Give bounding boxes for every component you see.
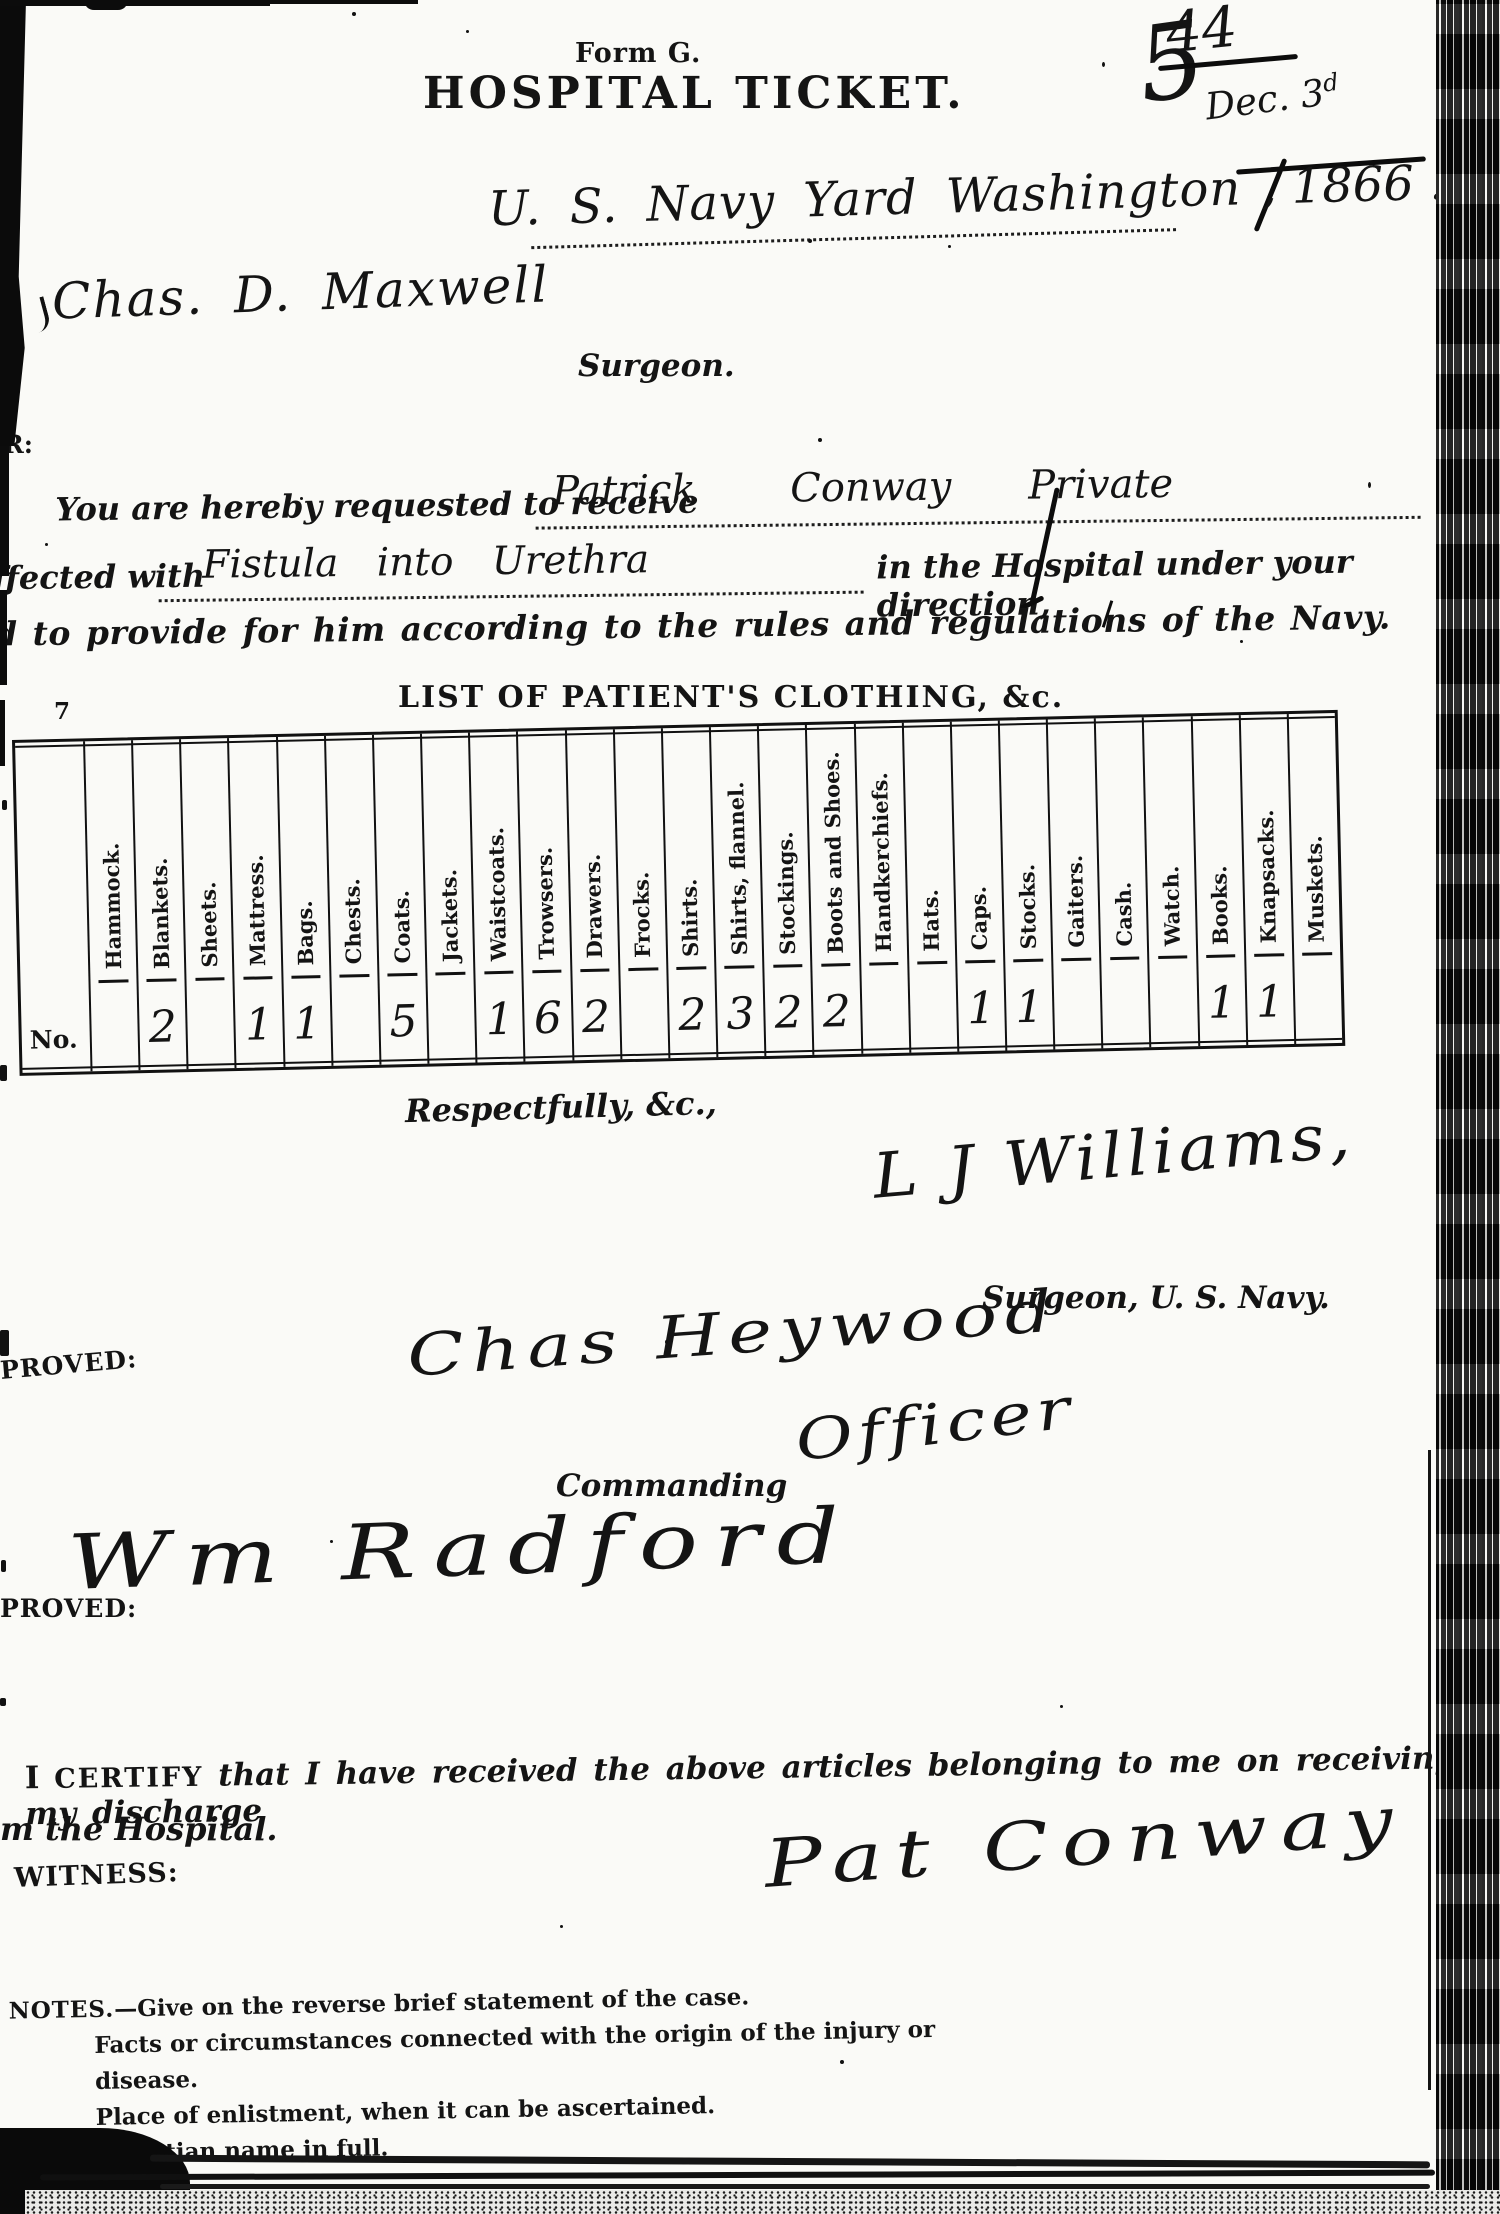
header-underline: [725, 965, 755, 969]
column-label: Trowsers.: [532, 847, 560, 960]
surgeon-signature: L J Williams,: [870, 1098, 1357, 1213]
clothing-column: Bags.1: [276, 736, 332, 1067]
clothing-column: Frocks.: [613, 728, 669, 1059]
header-underline: [628, 967, 658, 971]
ink-speck: [840, 2060, 844, 2064]
addressee-name: Chas. D. Maxwell: [51, 255, 550, 330]
ink-speck: [45, 543, 48, 546]
column-value: 1: [957, 965, 1005, 1052]
ink-speck: [300, 497, 303, 500]
header-underline: [869, 962, 899, 966]
header-underline: [1254, 953, 1284, 957]
cutoff-to-mark: [26, 296, 52, 334]
header-underline: [917, 961, 947, 965]
column-value: [91, 984, 139, 1071]
dotted-rule: [159, 591, 864, 603]
column-label: Waistcoats.: [483, 827, 511, 962]
column-header: Chests.: [326, 735, 378, 975]
clothing-column: Books.1: [1190, 715, 1246, 1046]
officer-handwritten-title: Officer: [792, 1376, 1079, 1475]
clothing-columns: No. Hammock.Blankets.2Sheets.Mattress.1B…: [15, 713, 1342, 1073]
column-value: [1053, 962, 1101, 1049]
column-label: Drawers.: [580, 854, 607, 959]
clothing-column: Caps.1: [950, 721, 1006, 1052]
header-underline: [1302, 952, 1332, 956]
column-value: 1: [1198, 959, 1246, 1046]
column-header: Books.: [1192, 715, 1244, 955]
column-value: 2: [668, 971, 716, 1058]
column-header: Frocks.: [615, 728, 667, 968]
header-underline: [195, 977, 225, 981]
header-underline: [532, 970, 562, 974]
header-underline: [388, 973, 418, 977]
clothing-column: Hats.: [901, 722, 957, 1053]
ink-speck: [808, 239, 812, 243]
column-label: Hats.: [918, 889, 944, 952]
header-underline: [1062, 958, 1092, 962]
scan-edge-shadow: [0, 700, 5, 766]
column-header: Hammock.: [85, 740, 137, 980]
column-header: Waistcoats.: [470, 732, 522, 972]
header-underline: [340, 974, 370, 978]
clothing-column: Mattress.1: [227, 737, 283, 1068]
column-header: Boots and Shoes.: [807, 724, 859, 964]
handwritten-date: Dec. 3d: [1203, 68, 1342, 128]
scanned-hospital-ticket: Form G. HOSPITAL TICKET. 44 5 Dec. 3d U.…: [0, 0, 1500, 2214]
column-header: Bags.: [278, 736, 330, 976]
column-label: Stocks.: [1014, 863, 1041, 949]
ink-speck: [948, 245, 951, 248]
column-header: Stockings.: [759, 725, 811, 965]
clothing-column: Drawers.2: [564, 729, 620, 1060]
column-header: Handkerchiefs.: [855, 723, 907, 963]
date-text: Dec. 3: [1203, 71, 1327, 128]
header-underline: [1014, 959, 1044, 963]
column-header: Stocks.: [1000, 720, 1052, 960]
binding-crease-line: [1428, 1450, 1431, 2090]
dateline: U. S. Navy Yard Washington, 1866 .: [487, 155, 1445, 238]
column-label: Mattress.: [243, 855, 271, 967]
ink-speck: [0, 1330, 9, 1356]
column-label: Handkerchiefs.: [867, 772, 896, 952]
clothing-column: Sheets.: [179, 738, 235, 1069]
column-header: Trowsers.: [518, 730, 570, 970]
column-value: 1: [1246, 958, 1294, 1045]
clothing-column: Coats.5: [372, 734, 428, 1065]
column-label: Stockings.: [772, 831, 800, 955]
ink-speck: [1368, 482, 1371, 488]
column-value: 2: [139, 983, 187, 1070]
provide-line-fragment: d to provide for him according to the ru…: [0, 597, 1391, 653]
column-label: Sheets.: [195, 881, 222, 968]
column-header: Sheets.: [181, 738, 233, 978]
notes-label: NOTES.: [8, 1996, 114, 2025]
column-header: Drawers.: [566, 729, 618, 969]
clothing-column: Cash.: [1094, 717, 1150, 1048]
column-header: Coats.: [374, 734, 426, 974]
column-header: Gaiters.: [1048, 718, 1100, 958]
header-underline: [580, 968, 610, 972]
column-label: Gaiters.: [1062, 855, 1089, 948]
page-title: HOSPITAL TICKET.: [423, 68, 966, 119]
addressee-title: Surgeon.: [578, 348, 735, 384]
ink-speck: [1102, 62, 1105, 67]
column-value: [1150, 960, 1198, 1047]
column-header: Jackets.: [422, 733, 474, 973]
column-label: Shirts.: [677, 878, 704, 957]
ink-speck: [1240, 640, 1243, 643]
patient-rank: Private: [1028, 461, 1174, 509]
column-value: [861, 967, 909, 1054]
form-label: Form G.: [575, 38, 701, 69]
table-stub-cell: No.: [15, 741, 90, 1072]
stray-digit-mark: 7: [54, 698, 70, 725]
column-label: Jackets.: [436, 869, 463, 963]
certify-pronoun: I: [25, 1760, 40, 1796]
patient-surname: Conway: [790, 464, 952, 512]
date-suffix: d: [1321, 68, 1340, 98]
column-header: Shirts, flannel.: [711, 726, 763, 966]
clothing-column: Shirts, flannel.3: [709, 726, 765, 1057]
request-line: You are hereby requested to receive Patr…: [0, 465, 1500, 483]
clothing-column: Gaiters.: [1046, 718, 1102, 1049]
column-value: 2: [813, 968, 861, 1055]
header-underline: [821, 963, 851, 967]
witness-label: WITNESS:: [14, 1857, 180, 1894]
scan-edge-shadow: [0, 446, 9, 576]
approved-label-1: PROVED:: [0, 1344, 138, 1385]
ink-blot: [84, 0, 128, 10]
book-binding-edge: [1436, 0, 1500, 2214]
column-value: [428, 977, 476, 1064]
column-label: Knapsacks.: [1253, 810, 1281, 944]
clothing-column: Handkerchiefs.: [853, 723, 909, 1054]
clothing-column: Stockings.2: [757, 725, 813, 1056]
diagnosis-text: Fistula into Urethra: [202, 537, 649, 587]
column-value: [1102, 961, 1150, 1048]
header-underline: [1158, 955, 1188, 959]
ink-speck: [1060, 1705, 1063, 1708]
header-underline: [773, 964, 803, 968]
clothing-column: Shirts.2: [661, 727, 717, 1058]
clothing-column: Jackets.: [420, 733, 476, 1064]
respectfully-text: Respectfully, &c.,: [405, 1084, 718, 1130]
clothing-table: No. Hammock.Blankets.2Sheets.Mattress.1B…: [12, 710, 1345, 1076]
column-header: Knapsacks.: [1241, 714, 1293, 954]
column-label: Books.: [1206, 865, 1233, 945]
commanding-officer-signature: Chas Heywood: [405, 1276, 1062, 1389]
ink-speck: [665, 1340, 668, 1344]
column-value: [620, 972, 668, 1059]
column-label: Frocks.: [628, 871, 655, 958]
scan-edge-shadow: [0, 0, 270, 6]
page-edge-line: [160, 2184, 1430, 2189]
certification-line-2-fragment: m the Hospital.: [0, 1810, 277, 1848]
column-label: Watch.: [1158, 865, 1185, 946]
clothing-column: Hammock.: [83, 740, 139, 1071]
column-value: [187, 982, 235, 1069]
column-header: Hats.: [903, 722, 955, 962]
clothing-column: Watch.: [1142, 716, 1198, 1047]
clothing-column: Trowsers.6: [516, 730, 572, 1061]
column-value: 6: [524, 974, 572, 1061]
column-label: Cash.: [1110, 882, 1136, 947]
column-value: 2: [765, 969, 813, 1056]
affected-prefix-fragment: ffected with: [0, 557, 205, 598]
column-label: Chests.: [340, 878, 367, 965]
column-value: 1: [476, 975, 524, 1062]
ink-speck: [818, 438, 822, 442]
ink-speck: [1, 1560, 6, 1572]
page-edge-line: [40, 2170, 1435, 2181]
column-value: [909, 966, 957, 1053]
column-header: Mattress.: [229, 737, 281, 977]
column-label: Muskets.: [1302, 835, 1329, 943]
column-header: Caps.: [952, 721, 1004, 961]
header-underline: [1110, 956, 1140, 960]
header-underline: [436, 972, 466, 976]
clothing-column: Blankets.2: [131, 739, 187, 1070]
column-header: Cash.: [1096, 717, 1148, 957]
dateline-place: U. S. Navy Yard Washington: [487, 160, 1242, 237]
column-label: Boots and Shoes.: [818, 751, 848, 954]
column-label: Blankets.: [146, 857, 174, 969]
scan-edge-shadow: [268, 0, 418, 4]
column-value: [1294, 957, 1342, 1044]
header-underline: [243, 976, 273, 980]
ink-speck: [466, 30, 469, 33]
header-underline: [291, 975, 321, 979]
certify-word: CERTIFY: [54, 1762, 204, 1795]
column-label: Caps.: [966, 886, 992, 951]
ink-speck: [560, 1925, 563, 1928]
clothing-column: Stocks.1: [998, 720, 1054, 1051]
column-header: Shirts.: [663, 727, 715, 967]
header-underline: [1206, 954, 1236, 958]
header-underline: [484, 971, 514, 975]
ink-speck: [0, 1698, 6, 1706]
column-value: 1: [283, 980, 331, 1067]
header-underline: [147, 978, 177, 982]
header-underline: [677, 966, 707, 970]
affected-line: ffected with Fistula into Urethra in the…: [0, 533, 1500, 551]
ink-speck: [0, 1065, 7, 1081]
header-underline: [965, 960, 995, 964]
column-value: 2: [572, 973, 620, 1060]
column-header: Watch.: [1144, 716, 1196, 956]
scan-noise-band: [25, 2190, 1500, 2214]
column-label: Hammock.: [98, 843, 126, 970]
ink-speck: [2, 800, 7, 810]
column-header: Muskets.: [1289, 713, 1341, 953]
column-header: Blankets.: [133, 739, 185, 979]
clothing-column: Waistcoats.1: [468, 732, 524, 1063]
column-value: 5: [379, 978, 427, 1065]
header-underline: [99, 979, 129, 983]
column-label: Bags.: [292, 900, 318, 966]
clothing-column: Chests.: [324, 735, 380, 1066]
scan-edge-shadow: [0, 590, 7, 685]
column-value: 1: [1005, 963, 1053, 1050]
column-label: Coats.: [388, 890, 415, 964]
commandant-signature: Wm Radford: [66, 1490, 857, 1606]
column-label: Shirts, flannel.: [723, 782, 752, 956]
patient-first-name: Patrick: [552, 467, 696, 515]
ink-speck: [352, 12, 356, 16]
column-value: 3: [716, 970, 764, 1057]
clothing-column: Boots and Shoes.2: [805, 724, 861, 1055]
column-value: [331, 979, 379, 1066]
column-value: 1: [235, 981, 283, 1068]
dateline-year: , 1866 .: [1260, 155, 1445, 216]
clothing-list-heading: LIST OF PATIENT'S CLOTHING, &c.: [398, 680, 1064, 715]
clothing-column: Knapsacks.1: [1239, 714, 1295, 1045]
scan-edge-shadow: [0, 0, 26, 446]
row-label: No.: [29, 1025, 77, 1055]
clothing-column: Muskets.: [1287, 713, 1343, 1044]
ink-speck: [330, 1540, 333, 1543]
